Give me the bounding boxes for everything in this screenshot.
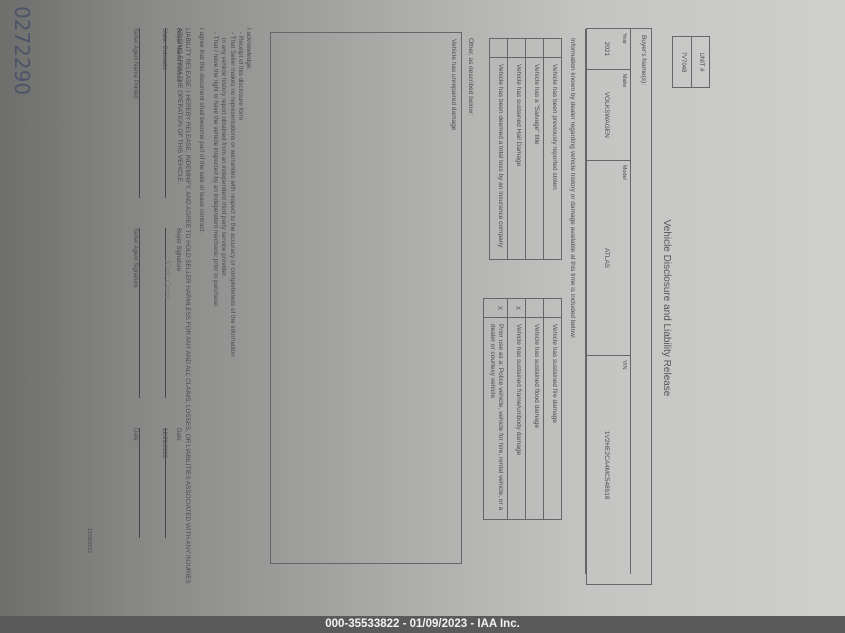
model-label: Model — [621, 165, 627, 180]
ack-bullet: - Receipt of this disclosure form — [236, 28, 244, 588]
damage-description-box: Vehicle has unrepaired damage — [270, 32, 462, 564]
checkbox — [526, 39, 543, 58]
vehicle-table: Year 2021 Make VOLKSWAGEN Model ATLAS VI… — [585, 29, 631, 574]
buyer-date-field: Date 12/29/2022 — [165, 428, 182, 538]
model-cell: Model ATLAS — [586, 161, 630, 357]
checkbox — [544, 39, 561, 58]
unit-box: UNIT # 7V7048 — [672, 36, 710, 88]
seller-date-field: Date — [123, 428, 140, 538]
unit-label: UNIT # — [691, 37, 709, 87]
make-value: VOLKSWAGEN — [603, 70, 610, 160]
page-code: 12/06/2022 — [86, 528, 92, 553]
unit-value: 7V7048 — [674, 37, 691, 87]
checkbox: X — [484, 299, 507, 318]
make-label: Make — [621, 74, 627, 87]
disclosure-form: UNIT # 7V7048 Vehicle Disclosure and Lia… — [0, 28, 710, 588]
checkbox — [490, 39, 507, 58]
vin-value: 1V2HE2CA4MC548918 — [603, 356, 610, 574]
info-line: Information known by dealer regarding ve… — [569, 38, 576, 339]
year-label: Year — [621, 33, 627, 44]
signature-scribble: Kirk Cam — [163, 260, 172, 298]
checklist-left: Vehicle has been previously reported sto… — [489, 38, 562, 260]
check-row: Vehicle has sustained flood damage — [525, 299, 543, 519]
buyer-signature-field: Buyer Signature Kirk Cam — [165, 228, 182, 398]
damage-text: Vehicle has unrepaired damage — [450, 39, 457, 130]
seller-agent-signature-field: Seller Agent Signature — [123, 228, 140, 398]
check-row: Vehicle has a "Salvage" title — [525, 39, 543, 259]
checkbox — [544, 299, 561, 318]
document-title: Vehicle Disclosure and Liability Release — [661, 28, 672, 588]
ack-bullet: - That I have the right to have the vehi… — [211, 28, 219, 588]
vehicle-info-box: Buyer's Name(s): Year 2021 Make VOLKSWAG… — [52, 28, 652, 583]
vin-label: VIN — [621, 360, 627, 369]
check-row: Vehicle has been deemed a total loss by … — [490, 39, 507, 259]
model-value: ATLAS — [603, 161, 610, 356]
vin-cell: VIN 1V2HE2CA4MC548918 — [586, 356, 630, 574]
ack-agree: I agree that this document shall become … — [197, 28, 205, 588]
checkbox: X — [508, 299, 525, 318]
rotated-document: UNIT # 7V7048 Vehicle Disclosure and Lia… — [0, 0, 845, 633]
ack-bullet: in any vehicle history report obtained f… — [219, 28, 227, 588]
ack-bullet: - That Seller makes no representations o… — [227, 28, 235, 588]
checklist-right: Vehicle has sustained fire damage Vehicl… — [483, 298, 562, 520]
watermark-footer: 000-35533822 - 01/09/2023 - IAA Inc. — [0, 616, 845, 633]
check-row: Vehicle has sustained Hail Damage — [507, 39, 525, 259]
buyer-signature-row: Buyer Name Printed State: Colorado Buyer… — [165, 28, 182, 588]
seller-signature-row: Seller Agent Name Printed Seller Agent S… — [123, 28, 140, 588]
check-row: XVehicle has sustained frame/unibody dam… — [507, 299, 525, 519]
check-row: Vehicle has been previously reported sto… — [543, 39, 561, 259]
buyer-name-label: Buyer's Name(s): — [640, 35, 647, 85]
seller-agent-name-field: Seller Agent Name Printed — [123, 28, 140, 198]
check-row: Vehicle has sustained fire damage — [543, 299, 561, 519]
year-value: 2021 — [603, 29, 610, 69]
check-row: XPrior use as a: Police vehicle, vehicle… — [484, 299, 507, 519]
buyer-name-printed-field: Buyer Name Printed State: Colorado — [165, 28, 182, 198]
checkbox — [508, 39, 525, 58]
make-cell: Make VOLKSWAGEN — [586, 70, 630, 161]
year-cell: Year 2021 — [586, 29, 630, 70]
other-label: Other, as described below: — [467, 38, 474, 115]
ack-header: I acknowledge: — [244, 28, 252, 588]
checkbox — [526, 299, 543, 318]
